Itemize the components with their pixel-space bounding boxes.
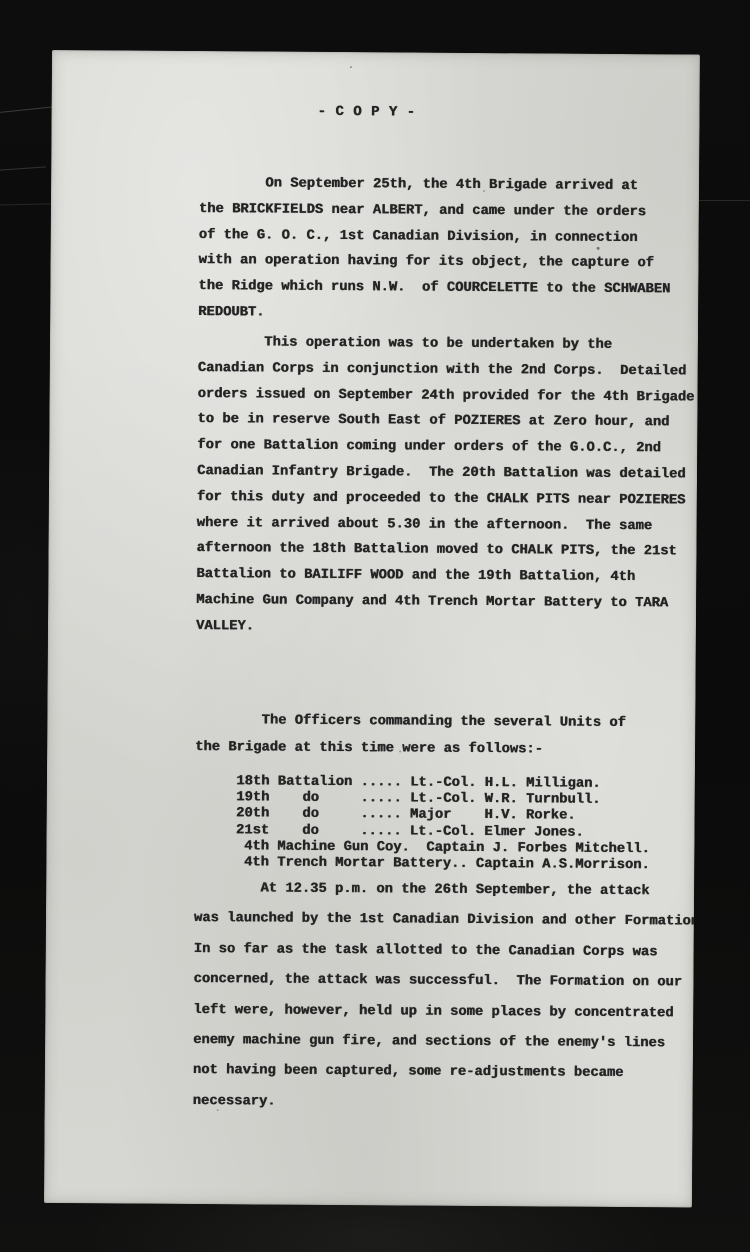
paragraph-1: On September 25th, the 4th Brigade arriv… [198,171,671,329]
paragraph-2: This operation was to be undertaken by t… [196,330,695,643]
text-line: of the G. O. C., 1st Canadian Division, … [199,223,671,252]
ink-speck [634,472,636,475]
text-line: the Ridge which runs N.W. of COURCELETTE… [198,274,670,303]
text-line: The Officers commanding the several Unit… [195,707,626,737]
text-line: Battalion to BAILIFF WOOD and the 19th B… [196,562,693,591]
text-line: Machine Gun Company and 4th Trench Morta… [196,588,693,617]
text-line: Canadian Infantry Brigade. The 20th Batt… [197,459,694,488]
officers-list: 18th Battalion ..... Lt.-Col. H.L. Milli… [194,774,650,874]
text-line: afternoon the 18th Battalion moved to CH… [196,536,693,565]
ink-speck [399,750,401,752]
text-line: not having been captured, some re-adjust… [193,1056,700,1090]
text-line: orders issued on September 24th provided… [198,382,695,411]
document-page: - C O P Y - On September 25th, the 4th B… [44,50,700,1207]
text-line: At 12.35 p.m. on the 26th September, the… [194,874,700,908]
text-line: left were, however, held up in some plac… [193,996,700,1030]
text-line: the Brigade at this time were as follows… [195,734,626,764]
text-line: necessary. [193,1087,700,1121]
text-line: In so far as the task allotted to the Ca… [194,935,700,969]
copy-heading-text: - C O P Y - [318,104,416,121]
text-line: REDOUBT. [198,300,670,329]
text-line: was launched by the 1st Canadian Divisio… [194,904,700,938]
text-line: 4th Trench Mortar Battery.. Captain A.S.… [194,855,649,874]
text-line: Canadian Corps in conjunction with the 2… [198,356,695,385]
text-line: enemy machine gun fire, and sections of … [193,1026,700,1060]
text-line: concerned, the attack was successful. Th… [193,965,700,999]
scratch-mark [698,200,750,201]
text-line: This operation was to be undertaken by t… [198,330,695,359]
text-line: VALLEY. [196,614,693,643]
text-line: for one Battalion coming under orders of… [197,433,694,462]
ink-speck [483,190,485,192]
ink-speck [597,247,600,250]
paragraph-3: The Officers commanding the several Unit… [195,707,626,764]
scan-background: { "colors": { "background": "#0c0c0c", "… [0,0,750,1252]
ink-speck [350,66,352,68]
copy-heading: - C O P Y - [317,72,415,153]
text-line: where it arrived about 5.30 in the after… [197,511,694,540]
paragraph-4: At 12.35 p.m. on the 26th September, the… [193,874,700,1121]
ink-speck [217,1109,219,1111]
text-line: for this duty and proceeded to the CHALK… [197,485,694,514]
text-line: with an operation having for its object,… [198,248,670,277]
text-line: to be in reserve South East of POZIERES … [197,407,694,436]
text-line: On September 25th, the 4th Brigade arriv… [199,171,671,200]
text-line: the BRICKFIELDS near ALBERT, and came un… [199,197,671,226]
